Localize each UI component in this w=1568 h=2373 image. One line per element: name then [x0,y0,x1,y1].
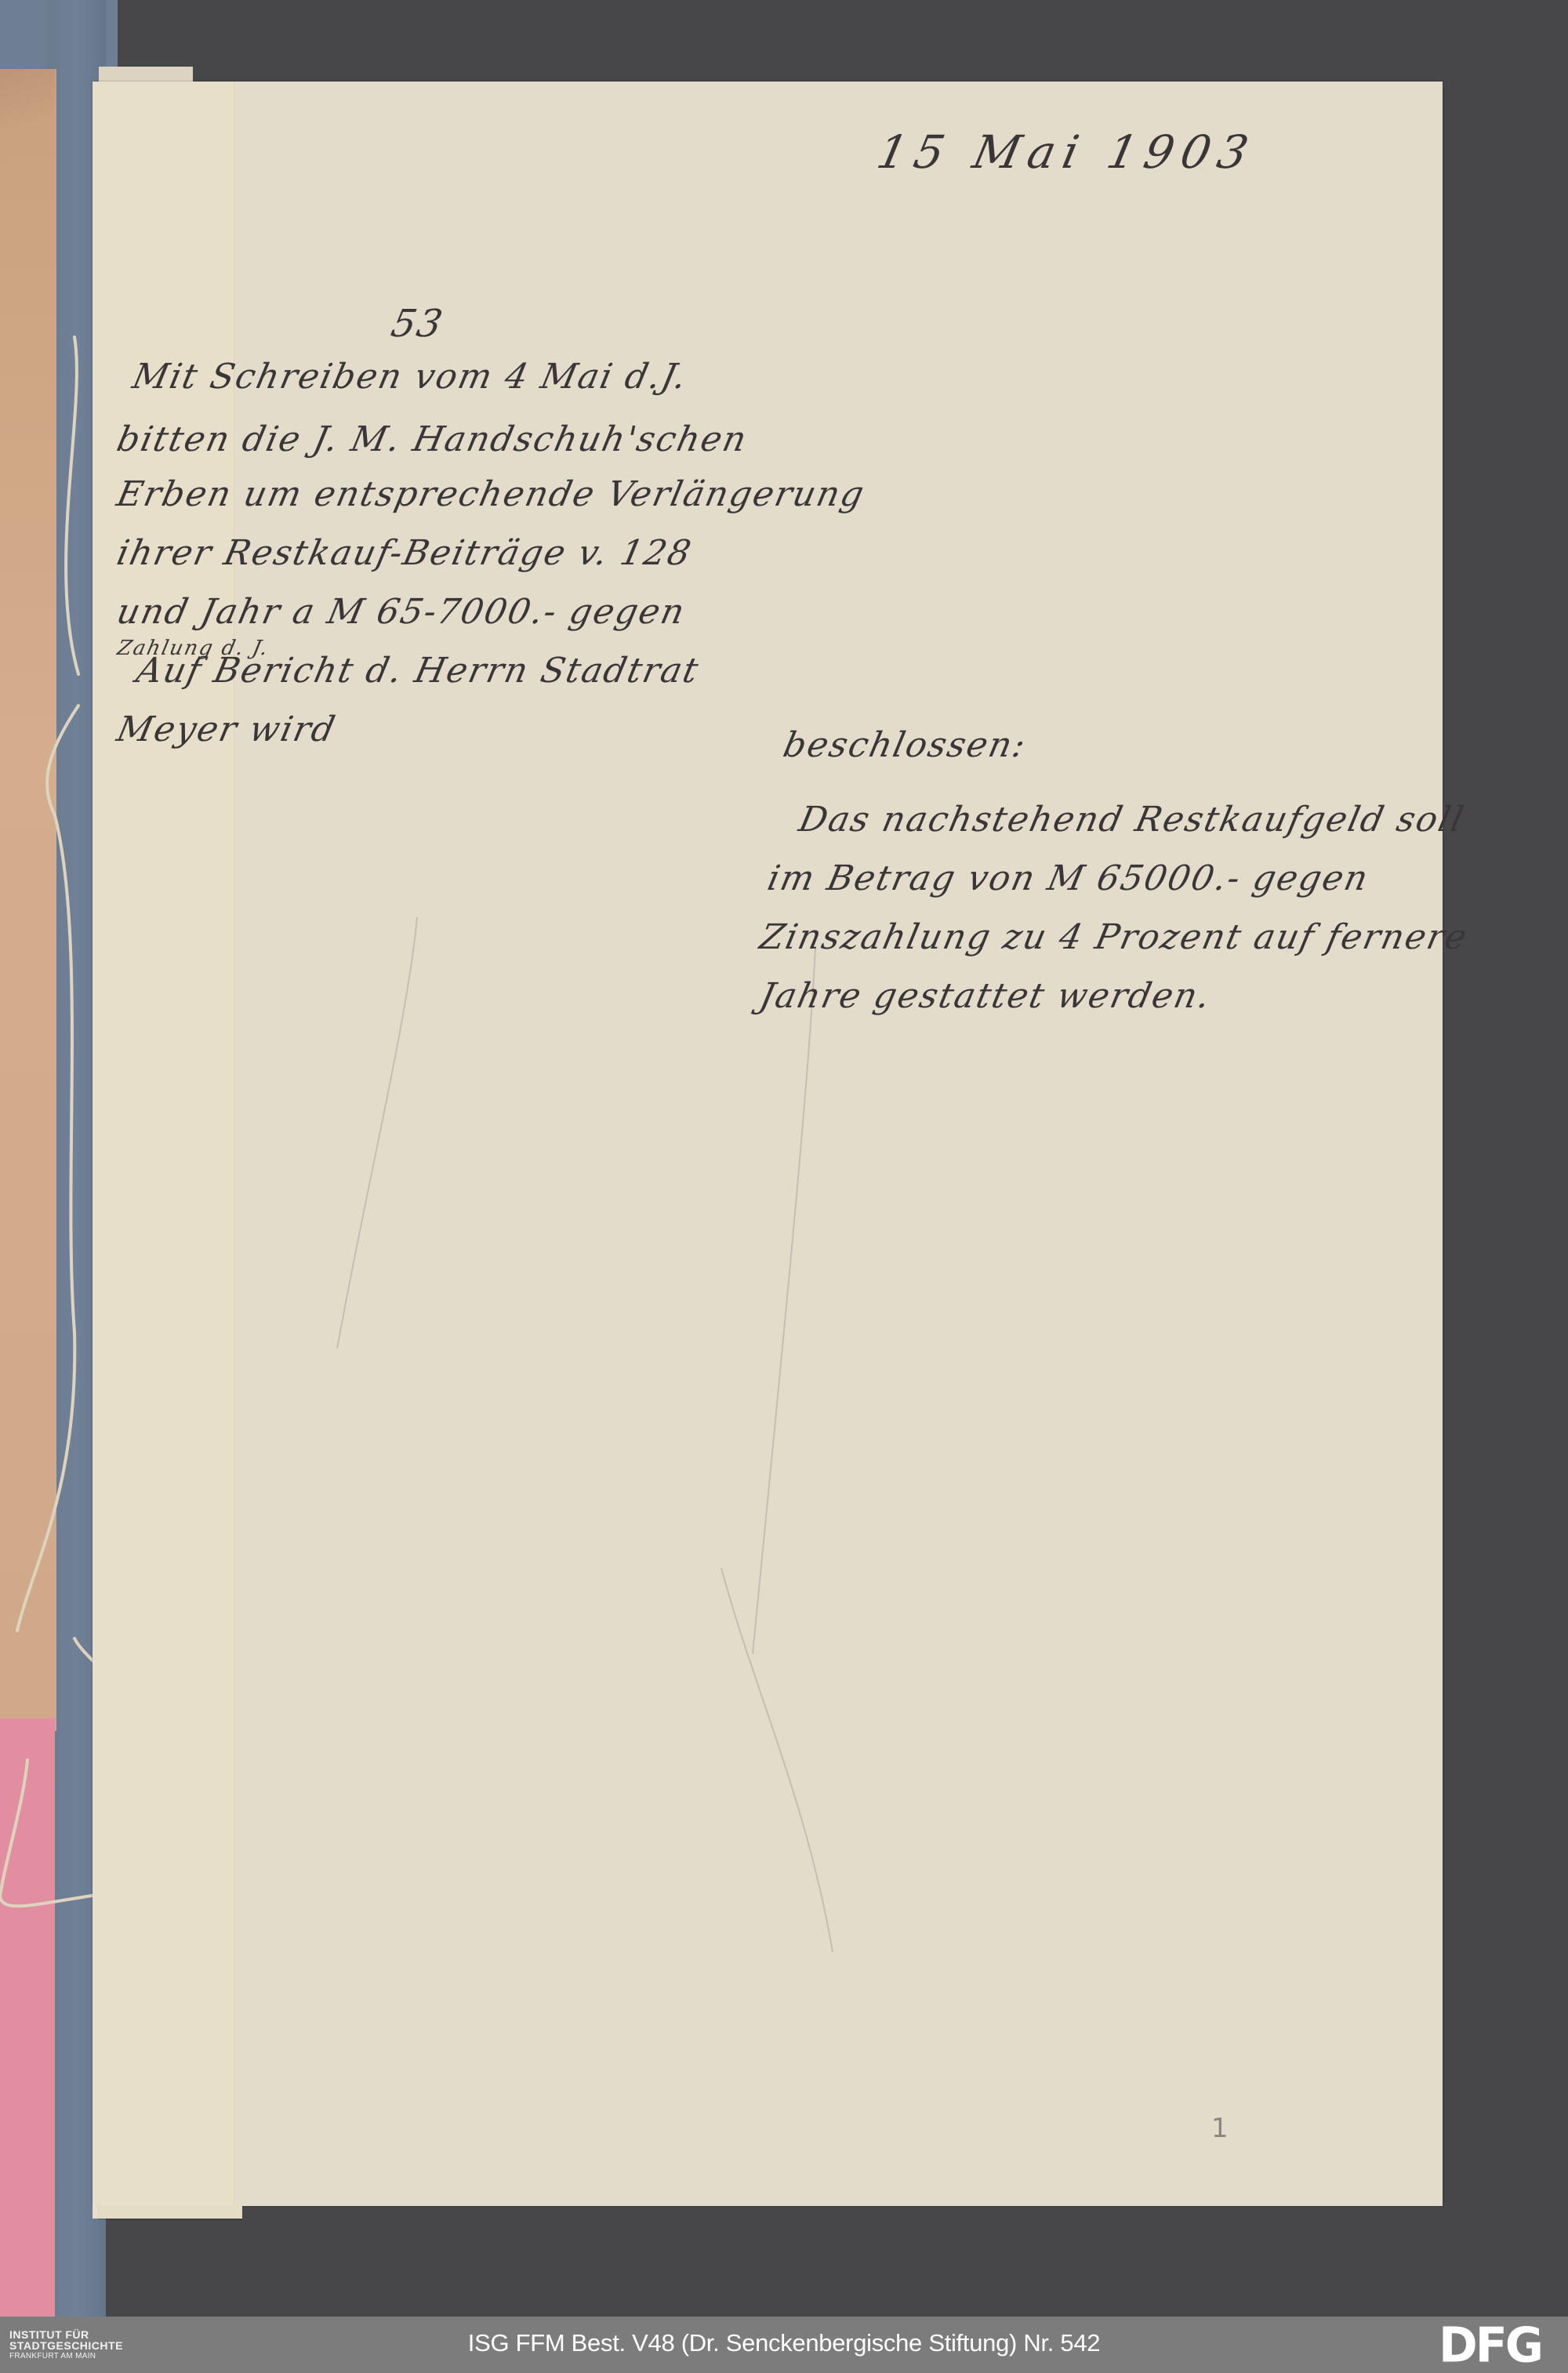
right-text-line-2: im Betrag von M 65000.- gegen [764,858,1373,898]
left-text-line-4: ihrer Restkauf-Beiträge v. 128 [114,533,696,573]
left-text-line-1: Mit Schreiben vom 4 Mai d.J. [129,357,691,397]
right-text-line-4: Jahre gestattet werden. [757,976,1215,1016]
right-text-line-1: Das nachstehend Restkaufgeld soll [796,800,1468,840]
left-text-line-2: bitten die J. M. Handschuh'schen [114,419,752,459]
folio-number: 53 [387,302,448,346]
date-handwriting: 15 Mai 1903 [873,125,1261,179]
right-text-line-3: Zinszahlung zu 4 Prozent auf fernere [757,917,1472,957]
dfg-logo-icon: DFG [1439,2321,1541,2369]
right-heading: beschlossen: [780,725,1031,765]
left-text-line-7: Auf Bericht d. Herrn Stadtrat [133,651,703,691]
left-text-line-5: und Jahr a M 65-7000.- gegen [114,592,690,632]
archive-signature-caption: ISG FFM Best. V48 (Dr. Senckenbergische … [0,2329,1568,2357]
pencil-marks [0,0,1568,2320]
left-text-line-8: Meyer wird [114,709,340,749]
page-number: 1 [1211,2113,1229,2144]
left-text-line-3: Erben um entsprechende Verlängerung [114,474,869,514]
